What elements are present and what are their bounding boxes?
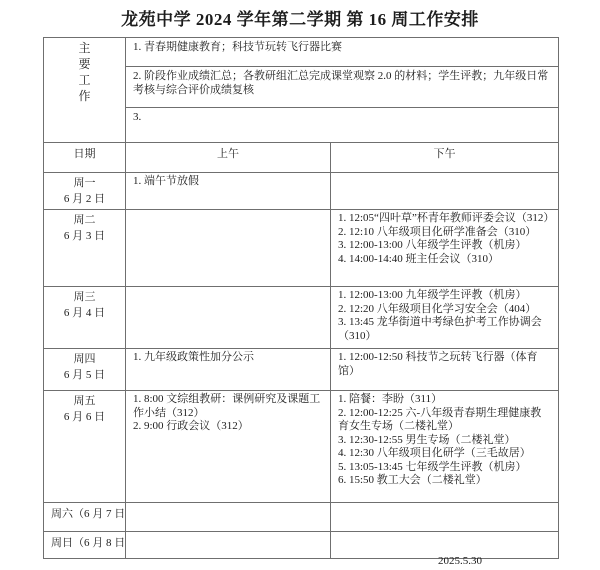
column-header-afternoon: 下午 [331,143,559,173]
day-label: 周五 [51,393,118,409]
date-label: 6 月 2 日 [51,191,118,207]
schedule-row-monday: 周一 6 月 2 日 1. 端午节放假 [44,173,559,210]
schedule-header-row: 日期 上午 下午 [44,143,559,173]
schedule-row-tuesday: 周二 6 月 3 日 1. 12:05“四叶草”杯青年教师评委会议（312）2.… [44,210,559,287]
schedule-item: 3. 12:30-12:55 男生专场（二楼礼堂） [338,434,551,448]
schedule-row-friday: 周五 6 月 6 日 1. 8:00 文综组教研：课例研究及课题工作小结（312… [44,391,559,503]
footer-date: 2025.5.30 [438,555,482,567]
morning-cell-wednesday [126,287,331,349]
day-label: 周二 [51,212,118,228]
schedule-item: 1. 陪餐：李盼（311） [338,393,551,407]
main-task-item-2: 2. 阶段作业成绩汇总；各教研组汇总完成课堂观察 2.0 的材料；学生评教；九年… [126,67,559,108]
schedule-item: 2. 9:00 行政会议（312） [133,420,323,434]
schedule-item: 2. 12:00-12:25 六-八年级青春期生理健康教育女生专场（二楼礼堂） [338,407,551,434]
schedule-item: 1. 12:00-12:50 科技节之玩转飞行器（体育馆） [338,351,551,378]
day-label: 周四 [51,351,118,367]
day-label: 周一 [51,175,118,191]
day-cell-saturday: 周六（6 月 7 日） [44,503,126,532]
schedule-row-saturday: 周六（6 月 7 日） [44,503,559,532]
main-tasks-header-cell: 主要工作 [44,38,126,143]
day-cell-tuesday: 周二 6 月 3 日 [44,210,126,287]
schedule-item: 1. 12:05“四叶草”杯青年教师评委会议（312） [338,212,551,226]
day-label: 周三 [51,289,118,305]
main-tasks-header-label: 主要工作 [79,40,91,104]
morning-cell-monday: 1. 端午节放假 [126,173,331,210]
morning-cell-sunday [126,532,331,559]
schedule-item: 5. 13:05-13:45 七年级学生评教（机房） [338,461,551,475]
schedule-item: 2. 12:20 八年级项目化学习安全会（404） [338,303,551,317]
afternoon-cell-thursday: 1. 12:00-12:50 科技节之玩转飞行器（体育馆） [331,349,559,391]
work-schedule-table: 主要工作 1. 青春期健康教育；科技节玩转飞行器比赛 2. 阶段作业成绩汇总；各… [43,37,559,559]
afternoon-cell-tuesday: 1. 12:05“四叶草”杯青年教师评委会议（312）2. 12:10 八年级项… [331,210,559,287]
schedule-item: 4. 14:00-14:40 班主任会议（310） [338,253,551,267]
main-tasks-row-1: 主要工作 1. 青春期健康教育；科技节玩转飞行器比赛 [44,38,559,67]
document-page: { "page": { "title": "龙苑中学 2024 学年第二学期 第… [0,0,600,570]
schedule-row-thursday: 周四 6 月 5 日 1. 九年级政策性加分公示 1. 12:00-12:50 … [44,349,559,391]
page-title: 龙苑中学 2024 学年第二学期 第 16 周工作安排 [0,0,600,30]
schedule-item: 1. 九年级政策性加分公示 [133,351,323,365]
afternoon-cell-monday [331,173,559,210]
column-header-morning: 上午 [126,143,331,173]
day-cell-monday: 周一 6 月 2 日 [44,173,126,210]
date-label: 6 月 3 日 [51,228,118,244]
date-label: 6 月 5 日 [51,367,118,383]
main-task-item-3: 3. [126,108,559,143]
afternoon-cell-wednesday: 1. 12:00-13:00 九年级学生评教（机房）2. 12:20 八年级项目… [331,287,559,349]
schedule-item: 6. 15:50 教工大会（二楼礼堂） [338,474,551,488]
day-cell-thursday: 周四 6 月 5 日 [44,349,126,391]
date-label: 6 月 6 日 [51,409,118,425]
column-header-date: 日期 [44,143,126,173]
schedule-item: 2. 12:10 八年级项目化研学准备会（310） [338,226,551,240]
afternoon-cell-saturday [331,503,559,532]
schedule-item: 1. 端午节放假 [133,175,323,189]
afternoon-cell-friday: 1. 陪餐：李盼（311）2. 12:00-12:25 六-八年级青春期生理健康… [331,391,559,503]
schedule-item: 3. 13:45 龙华街道中考绿色护考工作协调会（310） [338,316,551,343]
main-task-item-1: 1. 青春期健康教育；科技节玩转飞行器比赛 [126,38,559,67]
schedule-item: 1. 12:00-13:00 九年级学生评教（机房） [338,289,551,303]
schedule-row-wednesday: 周三 6 月 4 日 1. 12:00-13:00 九年级学生评教（机房）2. … [44,287,559,349]
morning-cell-thursday: 1. 九年级政策性加分公示 [126,349,331,391]
date-label: 6 月 4 日 [51,305,118,321]
day-cell-wednesday: 周三 6 月 4 日 [44,287,126,349]
schedule-item: 3. 12:00-13:00 八年级学生评教（机房） [338,239,551,253]
morning-cell-friday: 1. 8:00 文综组教研：课例研究及课题工作小结（312）2. 9:00 行政… [126,391,331,503]
day-cell-sunday: 周日（6 月 8 日） [44,532,126,559]
day-cell-friday: 周五 6 月 6 日 [44,391,126,503]
morning-cell-saturday [126,503,331,532]
schedule-item: 4. 12:30 八年级项目化研学（三毛故居） [338,447,551,461]
morning-cell-tuesday [126,210,331,287]
schedule-item: 1. 8:00 文综组教研：课例研究及课题工作小结（312） [133,393,323,420]
